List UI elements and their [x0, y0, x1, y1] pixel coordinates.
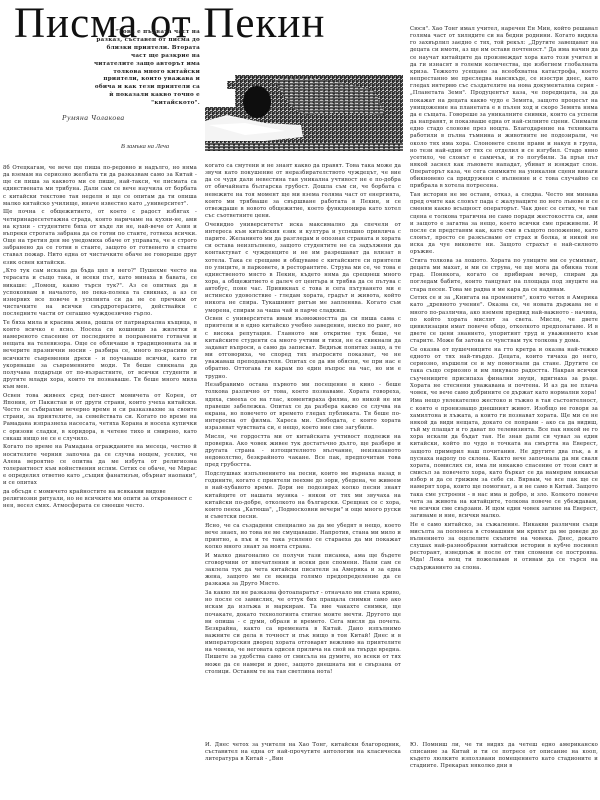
column-middle-continued: И. Днес четох за учителя на Хао Тонг, ки…: [205, 742, 401, 765]
paragraph: Не е само китайско, за съжаление. Никакв…: [410, 522, 598, 572]
paragraph: Ю. Помниш ли, че ти видях да четеш едно …: [410, 742, 598, 771]
paragraph: Мисля, че гордостта ми от китайската учт…: [205, 434, 401, 470]
paragraph: Ясно, че са създадени специално за да ме…: [205, 523, 401, 552]
paragraph: Ще почна с общежитието, от което с радос…: [3, 209, 197, 266]
paragraph: Сетих се и за „Книгата на промените", ко…: [410, 295, 598, 345]
photo-rock-landscape-icon: [205, 75, 403, 151]
paragraph: Се оказва от пушечниците на гто кретра и…: [410, 347, 598, 397]
paragraph: Незабравимо остава първото ми посещение …: [205, 382, 401, 432]
paragraph: Освен това живеех сред пет-шест момичета…: [3, 393, 197, 443]
column-middle: когато са смутени и не знаят какво да пр…: [205, 163, 401, 677]
paragraph: За какво ли не разказва фотоапаратът - о…: [205, 590, 401, 676]
paragraph-indented: да обсъдя с момичето крайностите на всяк…: [3, 489, 197, 510]
paragraph: Освен с университета имам възможността д…: [205, 316, 401, 380]
column-right: Сюся". Хао Тонг имал учител, наречен Ен …: [410, 26, 598, 573]
paragraph: когато са смутени и не знаят какво да пр…: [205, 163, 401, 220]
paragraph: И малко диагонално се получи тази писанк…: [205, 553, 401, 589]
intro-quote: "Това е първата част на разказ, съставен…: [92, 29, 200, 108]
author-byline: Румяна Чолакова: [62, 113, 142, 122]
paragraph: И. Днес четох за учителя на Хао Тонг, ки…: [205, 742, 401, 763]
paragraph: „Кто тук сам искала да бъда цял в него?"…: [3, 268, 197, 318]
paragraph: Очевидно университетът иска максимално д…: [205, 222, 401, 315]
paragraph: Те бяха мила и красива жена, дошла от па…: [3, 320, 197, 392]
paragraph: Подслушвах изпълнението на песни, които …: [205, 471, 401, 521]
paragraph: Сюся". Хао Тонг имал учител, наречен Ен …: [410, 26, 598, 191]
paragraph: Има нещо увлекателно жестоко и тъжно в т…: [410, 398, 598, 520]
column-right-continued: Ю. Помниш ли, че ти видях да четеш едно …: [410, 742, 598, 772]
column-left: 8б Отецкагам, че вече ще пиша по-редовно…: [3, 165, 197, 512]
article-photo: [205, 75, 403, 151]
paragraph: Тая история не ме оставя, отказ, а следв…: [410, 192, 598, 256]
photo-caption: В замъка на Леча: [110, 143, 180, 150]
paragraph: Стига толкова за лошото. Хората по улици…: [410, 258, 598, 294]
paragraph: 8б Отецкагам, че вече ще пиша по-редовно…: [3, 165, 197, 208]
paragraph: Когато по време на Рамадана огражданите …: [3, 444, 197, 487]
